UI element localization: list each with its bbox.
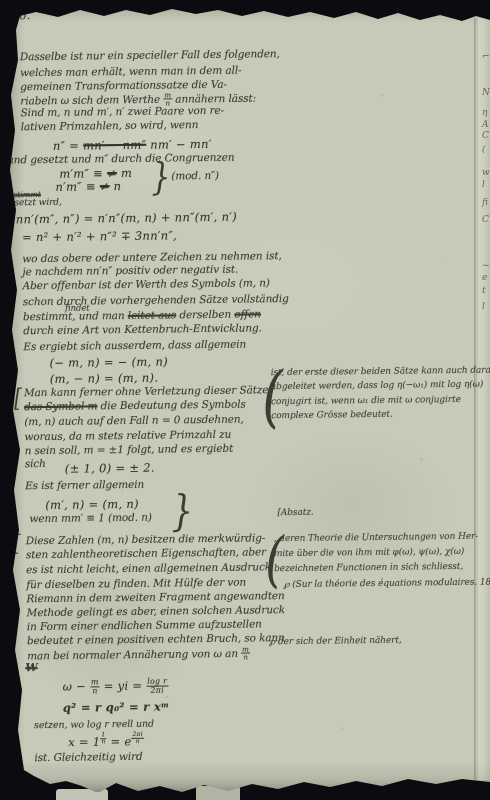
margin-note-line: conjugirt ist, wenn ω₁ die mit ω conjugi… <box>271 395 461 407</box>
manuscript-line: gesetzt wird, <box>4 198 62 209</box>
manuscript-line: für dieselben zu finden. Mit Hülfe der v… <box>26 577 246 592</box>
margin-note-line: complexe Grösse bedeutet. <box>271 410 393 421</box>
text-run: ist. Gleichzeitig wird <box>34 751 142 764</box>
handwritten-brace: [ <box>14 533 21 556</box>
struck-text: das Symbol m <box>24 400 97 413</box>
text-run: man bei normaler Annäherung von ω an <box>27 648 241 663</box>
text-run: bestimmt, und man <box>23 310 128 323</box>
manuscript-line: schon durch die vorhergehenden Sätze vol… <box>23 293 289 308</box>
text-run: m <box>117 166 132 180</box>
text-run: Es ergiebt sich ausserdem, dass allgemei… <box>23 339 246 354</box>
manuscript-line: Sind m, n und m′, n′ zwei Paare von re- <box>20 105 224 119</box>
margin-note-line: abgeleitet werden, dass log η(−ω₁) mit l… <box>271 380 484 393</box>
text-run: ℘ (Sur la théorie des équations modulair… <box>283 577 490 590</box>
manuscript-line: (mod. n″) <box>171 170 219 183</box>
fraction: mn <box>241 645 250 661</box>
text-run: Man kann ferner ohne Verletzung dieser S… <box>24 384 269 399</box>
struck-text: mn′ − nm″ <box>83 138 146 153</box>
text-run: je nachdem nn′n″ positiv oder negativ is… <box>22 264 238 279</box>
struck-text: offen <box>234 308 261 320</box>
manuscript-line: x = 11n = e2πin <box>68 732 144 749</box>
edge-text-fragment: ⌐ <box>482 52 490 62</box>
text-run: wo das obere oder untere Zeichen zu nehm… <box>22 250 282 265</box>
text-run: n′m″ ≡ <box>55 179 99 194</box>
text-run: welches man erhält, wenn man in dem all- <box>20 65 242 80</box>
margin-note-line: , deren Theorie die Untersuchungen von H… <box>274 532 479 544</box>
text-run: Es ist ferner allgemein <box>25 479 144 492</box>
text-run: nm′ − mn′ <box>146 137 212 152</box>
manuscript-line: Riemann in dem zweiten Fragment angewand… <box>26 590 284 605</box>
edge-text-fragment: ~ <box>482 261 490 271</box>
manuscript-line: Es ergiebt sich ausserdem, dass allgemei… <box>23 339 246 354</box>
text-run: wenn mm′ ≡ 1 (mod. n) <box>29 512 152 525</box>
edge-text-fragment: w <box>482 168 490 178</box>
edge-text-fragment: fi <box>482 198 488 208</box>
text-run: n sein soll, m = ±1 folgt, und es ergieb… <box>25 443 234 458</box>
manuscript-line: lativen Primzahlen, so wird, wenn <box>21 119 199 133</box>
manuscript-line: ω − mn = yi = log r2πi <box>62 677 168 696</box>
manuscript-line: bestimmt, und man leitet aus derselben o… <box>23 308 261 323</box>
manuscript-line: (± 1, 0) = ± 2. <box>65 461 155 476</box>
text-run: (m′, n) = (m, n) <box>45 497 139 512</box>
manuscript-line: (m′, n) = (m, n) <box>45 497 139 512</box>
fraction: mn <box>90 678 100 696</box>
manuscript-line: n sein soll, m = ±1 folgt, und es ergieb… <box>25 443 234 458</box>
struck-text: leitet aus <box>128 309 176 322</box>
edge-text-fragment: ( <box>482 145 486 155</box>
text-run: Riemann in dem zweiten Fragment angewand… <box>26 590 284 605</box>
text-run: gesetzt wird, <box>4 198 62 209</box>
manuscript-line: Man kann ferner ohne Verletzung dieser S… <box>24 384 269 399</box>
text-run: (m, n) auch auf den Fall n = 0 ausdehnen… <box>24 414 244 429</box>
manuscript-line: man bei normaler Annäherung von ω an mn <box>27 645 250 664</box>
fraction: log r2πi <box>146 677 168 695</box>
margin-note-line: mite über die von ihm mit φ(ω), ψ(ω), χ(… <box>274 547 464 559</box>
manuscript-line: wenn mm′ ≡ 1 (mod. n) <box>29 512 152 525</box>
text-run: complexe Grösse bedeutet. <box>271 410 393 421</box>
text-run: (m, − n) = (m, n). <box>50 371 159 386</box>
handwritten-brace: ( <box>262 363 284 431</box>
text-run: durch eine Art von Kettenbruch-Entwicklu… <box>23 322 262 337</box>
edge-text-fragment: N <box>482 88 490 98</box>
manuscript-line: Aber offenbar ist der Werth des Symbols … <box>23 277 270 292</box>
margin-note-line: ℘ (Sur la théorie des équations modulair… <box>283 577 490 590</box>
text-run: x = 1 <box>68 735 100 749</box>
manuscript-line: und gesetzt und m″ durch die Congruenzen <box>7 152 235 167</box>
text-run: = n² + n′² + n″² ∓ 3nn′n″, <box>22 228 177 244</box>
manuscript-line: setzen, wo log r reell und <box>34 719 154 731</box>
struck-text: W <box>25 661 37 674</box>
manuscript-line: in Form einer endlichen Summe aufzustell… <box>27 618 262 633</box>
text-run: sten zahlentheoretischen Eigenschaften, … <box>26 546 266 561</box>
text-run: es ist nicht leicht, einen allgemeinen A… <box>26 561 271 576</box>
text-run: bezeichneten Functionen in sich schliess… <box>274 562 463 574</box>
text-run: schon durch die vorhergehenden Sätze vol… <box>23 293 289 308</box>
text-run: setzen, wo log r reell und <box>34 719 154 731</box>
text-run: conjugirt ist, wenn ω₁ die mit ω conjugi… <box>271 395 461 407</box>
text-run: woraus, da m stets relative Primzahl zu <box>24 429 231 444</box>
text-run: (± 1, 0) = ± 2. <box>65 461 155 476</box>
handwriting-layer: 6. Dasselbe ist nur ein specieller Fall … <box>0 0 490 792</box>
text-run: n <box>110 179 122 193</box>
text-run: Aber offenbar ist der Werth des Symbols … <box>23 277 270 292</box>
margin-note-line: bezeichneten Functionen in sich schliess… <box>274 562 463 574</box>
text-run: Sind m, n und m′, n′ zwei Paare von re- <box>20 105 224 119</box>
text-run: [Absatz. <box>277 508 313 518</box>
struck-text: ≠ <box>100 179 110 193</box>
margin-note-line: ist, der erste dieser beiden Sätze kann … <box>271 365 490 378</box>
text-run: q² = r q₀² = r x <box>63 700 161 715</box>
manuscript-line: je nachdem nn′n″ positiv oder negativ is… <box>22 264 238 279</box>
manuscript-line: sten zahlentheoretischen Eigenschaften, … <box>26 546 266 561</box>
manuscript-line: Diese Zahlen (m, n) besitzen die merkwür… <box>26 532 266 547</box>
text-run: und gesetzt und m″ durch die Congruenzen <box>7 152 235 167</box>
text-run: = yi = <box>100 678 147 693</box>
manuscript-line: (− m, n) = − (m, n) <box>49 354 168 369</box>
text-run: für dieselben zu finden. Mit Hülfe der v… <box>26 577 246 592</box>
manuscript-line: es ist nicht leicht, einen allgemeinen A… <box>26 561 271 576</box>
text-run: Dasselbe ist nur ein specieller Fall des… <box>20 48 280 63</box>
edge-text-fragment: A <box>482 120 489 130</box>
text-run: Diese Zahlen (m, n) besitzen die merkwür… <box>26 532 266 547</box>
manuscript-line: n″ = mn′ − nm″ nm′ − mn′ <box>53 137 212 153</box>
text-run: , deren Theorie die Untersuchungen von H… <box>274 532 479 544</box>
manuscript-line: wo das obere oder untere Zeichen zu nehm… <box>22 250 282 265</box>
text-run: mite über die von ihm mit φ(ω), ψ(ω), χ(… <box>274 547 464 559</box>
handwritten-brace: } <box>171 490 193 533</box>
edge-text-fragment: C <box>482 131 489 141</box>
text-run: nn′(m″, n″) = n′n″(m, n) + nn″(m′, n′) <box>16 210 237 227</box>
handwritten-brace: [ <box>14 385 22 410</box>
manuscript-line: W <box>25 661 37 674</box>
text-run: = e <box>106 734 131 748</box>
manuscript-line: (m, − n) = (m, n). <box>50 371 159 386</box>
manuscript-paper: 6. Dasselbe ist nur ein specieller Fall … <box>0 0 490 792</box>
manuscript-line: q² = r q₀² = r xm <box>63 699 169 714</box>
handwritten-brace: } <box>151 159 171 197</box>
manuscript-line: woraus, da m stets relative Primzahl zu <box>24 429 231 444</box>
manuscript-line: sich <box>25 458 46 470</box>
manuscript-line: Es ist ferner allgemein <box>25 479 144 492</box>
manuscript-line: Dasselbe ist nur ein specieller Fall des… <box>20 48 280 63</box>
text-run: in Form einer endlichen Summe aufzustell… <box>27 618 262 633</box>
manuscript-line: Methode gelingt es aber, einen solchen A… <box>27 604 286 619</box>
text-run: m <box>161 700 169 709</box>
scanned-page-background: 6. Dasselbe ist nur ein specieller Fall … <box>0 0 490 800</box>
edge-text-fragment: C <box>482 215 489 225</box>
manuscript-line: n′m″ ≡ ≠ n <box>55 179 121 194</box>
edge-text-fragment: η <box>482 108 487 118</box>
edge-text-fragment: t <box>482 286 486 296</box>
manuscript-line: ist. Gleichzeitig wird <box>34 751 142 764</box>
text-run: die Bedeutung des Symbols <box>97 399 245 413</box>
manuscript-line: (m, n) auch auf den Fall n = 0 ausdehnen… <box>24 414 244 429</box>
margin-note-line: [Absatz. <box>277 508 313 518</box>
text-run: lativen Primzahlen, so wird, wenn <box>21 119 199 133</box>
edge-text-fragment: e <box>482 273 487 283</box>
text-run: (− m, n) = − (m, n) <box>49 354 168 369</box>
text-run: abgeleitet werden, dass log η(−ω₁) mit l… <box>271 380 484 393</box>
manuscript-line: durch eine Art von Kettenbruch-Entwicklu… <box>23 322 262 337</box>
manuscript-line: das Symbol m die Bedeutung des Symbols <box>24 399 246 414</box>
edge-text-fragment: l <box>482 302 485 312</box>
text-run: sich <box>25 458 46 470</box>
margin-note-line: ℘ der sich der Einheit nähert, <box>269 636 402 648</box>
text-run: ℘ der sich der Einheit nähert, <box>269 636 402 648</box>
page-number: 6. <box>19 8 30 22</box>
manuscript-line: = n² + n′² + n″² ∓ 3nn′n″, <box>22 228 177 244</box>
text-run: n″ = <box>53 138 83 152</box>
struck-text: ≠ <box>107 166 117 180</box>
text-run: (mod. n″) <box>171 170 219 183</box>
text-run: derselben <box>176 309 234 322</box>
text-run: annähern lässt: <box>172 93 256 106</box>
text-run: Methode gelingt es aber, einen solchen A… <box>27 604 286 619</box>
manuscript-line: nn′(m″, n″) = n′n″(m, n) + nn″(m′, n′) <box>16 210 237 227</box>
text-run: ist, der erste dieser beiden Sätze kann … <box>271 365 490 378</box>
handwritten-brace: ( <box>265 530 284 590</box>
edge-text-fragment: l <box>482 180 485 190</box>
text-run: ω − <box>62 679 90 693</box>
fraction: 2πin <box>131 732 144 746</box>
manuscript-line: welches man erhält, wenn man in dem all- <box>20 65 242 80</box>
